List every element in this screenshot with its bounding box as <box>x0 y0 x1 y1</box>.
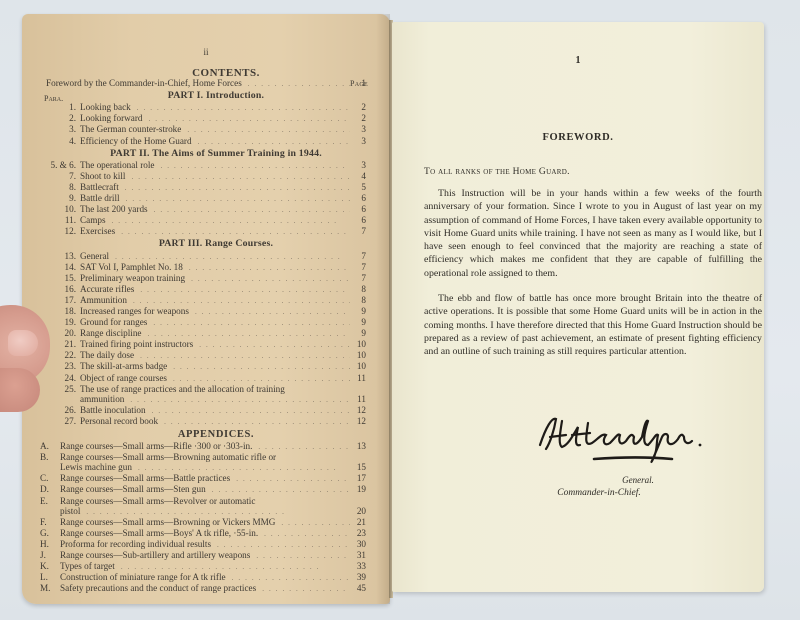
toc-entry: 24.Object of range courses..............… <box>46 373 366 384</box>
toc-entry: 3.The German counter-stroke.............… <box>46 124 366 135</box>
toc-entry: 12.Exercises............................… <box>46 226 366 237</box>
toc-entry: 5. & 6.The operational role.............… <box>46 160 366 171</box>
foreword-paragraph: The ebb and flow of battle has once more… <box>424 292 762 358</box>
right-page-number: 1 <box>392 55 764 66</box>
part-heading: PART I. Introduction. <box>66 91 366 101</box>
toc-foreword-entry: Foreword by the Commander-in-Chief, Home… <box>46 78 366 89</box>
toc-entry: 9.Battle drill..........................… <box>46 193 366 204</box>
toc-entry: 8.Battlecraft...........................… <box>46 182 366 193</box>
table-of-contents: Page CONTENTS. Foreword by the Commander… <box>66 68 366 594</box>
appendix-entry: H.Proforma for recording individual resu… <box>40 539 366 550</box>
appendix-entry: B.Range courses—Small arms—Browning auto… <box>40 452 366 462</box>
signature-icon: H E Franklyn <box>532 407 722 477</box>
appendix-entry: M.Safety precautions and the conduct of … <box>40 583 366 594</box>
toc-entry: 4.Efficiency of the Home Guard..........… <box>46 136 366 147</box>
appendix-entry: G.Range courses—Small arms—Boys' A tk ri… <box>40 528 366 539</box>
right-page-foreword: 1 FOREWORD. To all ranks of the Home Gua… <box>392 22 764 592</box>
toc-entry: 17.Ammunition...........................… <box>46 295 366 306</box>
salutation: To all ranks of the Home Guard. <box>424 167 570 177</box>
appendices-list: A.Range courses—Small arms—Rifle ·300 or… <box>66 441 366 594</box>
appendix-entry: L.Construction of miniature range for A … <box>40 572 366 583</box>
signatory-position: Commander-in-Chief. <box>392 488 764 498</box>
part-heading: PART III. Range Courses. <box>66 239 366 249</box>
toc-entry: 20.Range discipline.....................… <box>46 328 366 339</box>
left-page-number: ii <box>22 47 390 57</box>
appendix-entry: J.Range courses—Sub-artillery and artill… <box>40 550 366 561</box>
toc-entry: 1.Looking back..........................… <box>46 102 366 113</box>
toc-entry: 10.The last 200 yards...................… <box>46 204 366 215</box>
foreword-paragraph: This Instruction will be in your hands w… <box>424 187 762 280</box>
appendix-entry-continued: pistol..............................20 <box>40 506 366 517</box>
foreword-title: FOREWORD. <box>392 132 764 143</box>
appendix-entry: D.Range courses—Small arms—Sten gun.....… <box>40 484 366 495</box>
toc-entry: 18.Increased ranges for weapons.........… <box>46 306 366 317</box>
toc-entry: 19.Ground for ranges....................… <box>46 317 366 328</box>
appendix-entry: E.Range courses—Small arms—Revolver or a… <box>40 496 366 506</box>
toc-entry: 16.Accurate rifles......................… <box>46 284 366 295</box>
toc-entry: 15.Preliminary weapon training..........… <box>46 273 366 284</box>
foreword-body: This Instruction will be in your hands w… <box>424 187 762 371</box>
toc-entry: 13.General..............................… <box>46 251 366 262</box>
toc-entry: 26.Battle inoculation...................… <box>46 405 366 416</box>
appendices-heading: APPENDICES. <box>66 430 366 440</box>
appendix-entry: F.Range courses—Small arms—Browning or V… <box>40 517 366 528</box>
appendix-entry-continued: Lewis machine gun.......................… <box>40 462 366 473</box>
appendix-entry: K.Types of target.......................… <box>40 561 366 572</box>
signatory-rank: General. <box>392 475 764 485</box>
toc-entry: 2.Looking forward.......................… <box>46 113 366 124</box>
toc-entry: 27.Personal record book.................… <box>46 416 366 427</box>
toc-entry: 7.Shoot to kill.........................… <box>46 171 366 182</box>
toc-entry: 11.Camps................................… <box>46 215 366 226</box>
toc-entry: 22.The daily dose.......................… <box>46 350 366 361</box>
appendix-entry: C.Range courses—Small arms—Battle practi… <box>40 473 366 484</box>
toc-entry: 23.The skill-at-arms badge..............… <box>46 361 366 372</box>
toc-entry: 21.Trained firing point instructors.....… <box>46 339 366 350</box>
left-page-contents: ii Page CONTENTS. Foreword by the Comman… <box>22 14 390 604</box>
contents-title: CONTENTS. <box>86 68 366 78</box>
toc-entry: 25.The use of range practices and the al… <box>46 384 366 394</box>
thumbnail <box>8 330 38 356</box>
toc-entry: 14.SAT Vol I, Pamphlet No. 18...........… <box>46 262 366 273</box>
toc-parts: Para.PART I. Introduction.1.Looking back… <box>66 91 366 427</box>
appendix-entry: A.Range courses—Small arms—Rifle ·300 or… <box>40 441 366 452</box>
part-heading: PART II. The Aims of Summer Training in … <box>66 149 366 159</box>
toc-entry-continued: ammunition..............................… <box>46 394 366 405</box>
